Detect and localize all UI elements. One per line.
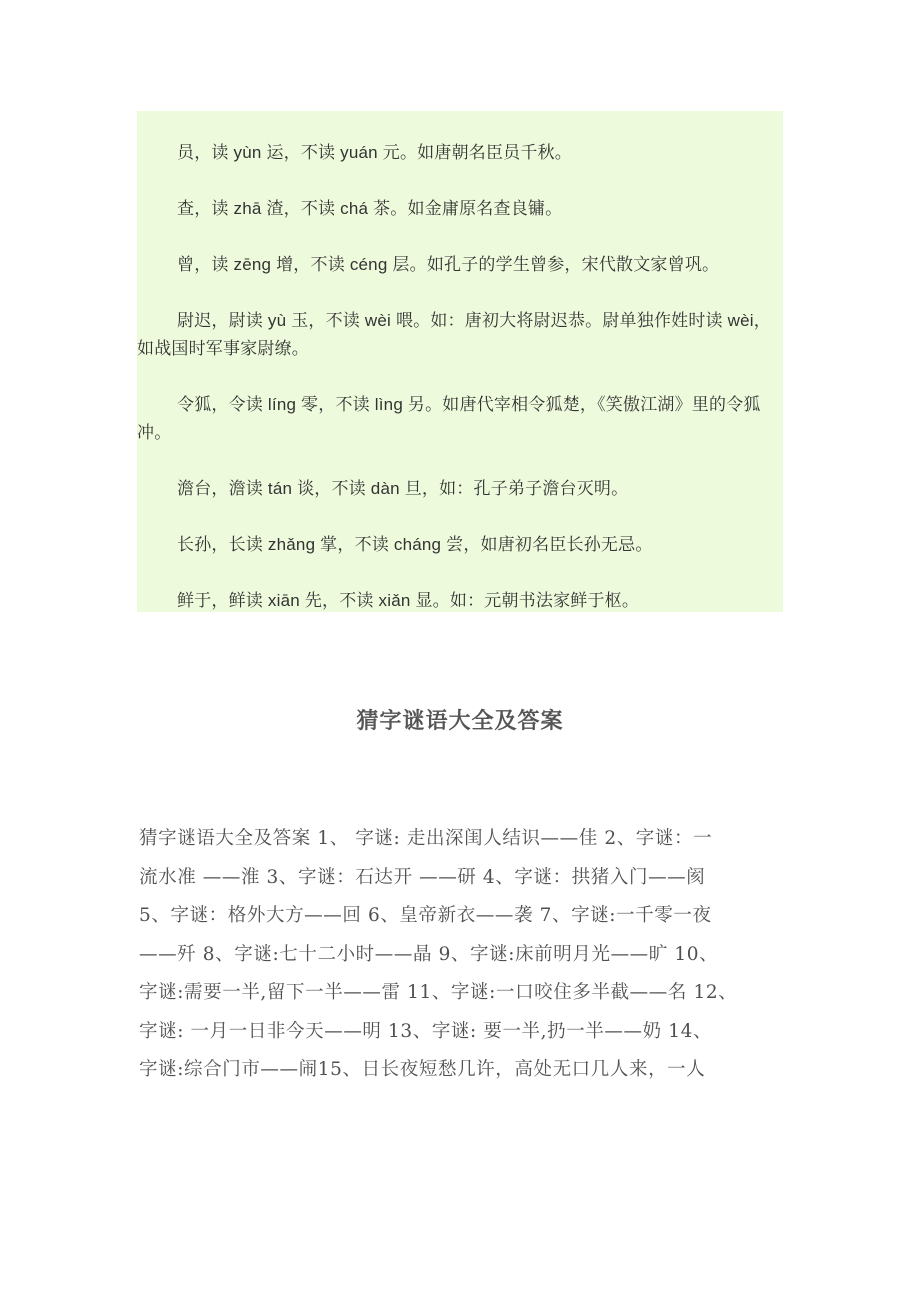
riddles-line: 猜字谜语大全及答案 1、 字谜: 走出深闺人结识——佳 2、字谜：一 [139,820,799,859]
surname-entry: 令狐，令读 líng 零，不读 lìng 另。如唐代宰相令狐楚，《笑傲江湖》里的… [137,391,783,447]
riddles-paragraph: 猜字谜语大全及答案 1、 字谜: 走出深闺人结识——佳 2、字谜：一 流水准 —… [139,820,799,1090]
surname-entry: 曾，读 zēng 增，不读 céng 层。如孔子的学生曾参，宋代散文家曾巩。 [137,251,783,279]
riddles-line: 字谜: 一月一日非今天——明 13、字谜: 要一半,扔一半——奶 14、 [139,1013,799,1052]
riddles-line: 5、字谜：格外大方——回 6、皇帝新衣——袭 7、字谜:一千零一夜 [139,897,799,936]
surname-entry: 查，读 zhā 渣，不读 chá 茶。如金庸原名查良镛。 [137,195,783,223]
section-title: 猜字谜语大全及答案 [0,704,920,735]
surname-entry: 鲜于，鲜读 xiān 先，不读 xiǎn 显。如：元朝书法家鲜于枢。 [137,587,783,615]
surname-entry: 员，读 yùn 运，不读 yuán 元。如唐朝名臣员千秋。 [137,139,783,167]
riddles-line: 字谜:需要一半,留下一半——雷 11、字谜:一口咬住多半截——名 12、 [139,974,799,1013]
surname-entry: 尉迟，尉读 yù 玉，不读 wèi 喂。如：唐初大将尉迟恭。尉单独作姓时读 wè… [137,307,783,363]
surname-entry: 澹台，澹读 tán 谈，不读 dàn 旦，如：孔子弟子澹台灭明。 [137,475,783,503]
riddles-line: 字谜:综合门市——闹15、日长夜短愁几许，高处无口几人来，一人 [139,1051,799,1090]
surname-entry: 长孙，长读 zhǎng 掌，不读 cháng 尝，如唐初名臣长孙无忌。 [137,531,783,559]
riddles-line: 流水准 ——淮 3、字谜：石达开 ——研 4、字谜：拱猪入门——阂 [139,859,799,898]
surname-pronunciation-box: 员，读 yùn 运，不读 yuán 元。如唐朝名臣员千秋。 查，读 zhā 渣，… [137,111,783,612]
riddles-line: ——歼 8、字谜:七十二小时——晶 9、字谜:床前明月光——旷 10、 [139,936,799,975]
document-page: 员，读 yùn 运，不读 yuán 元。如唐朝名臣员千秋。 查，读 zhā 渣，… [0,0,920,1302]
